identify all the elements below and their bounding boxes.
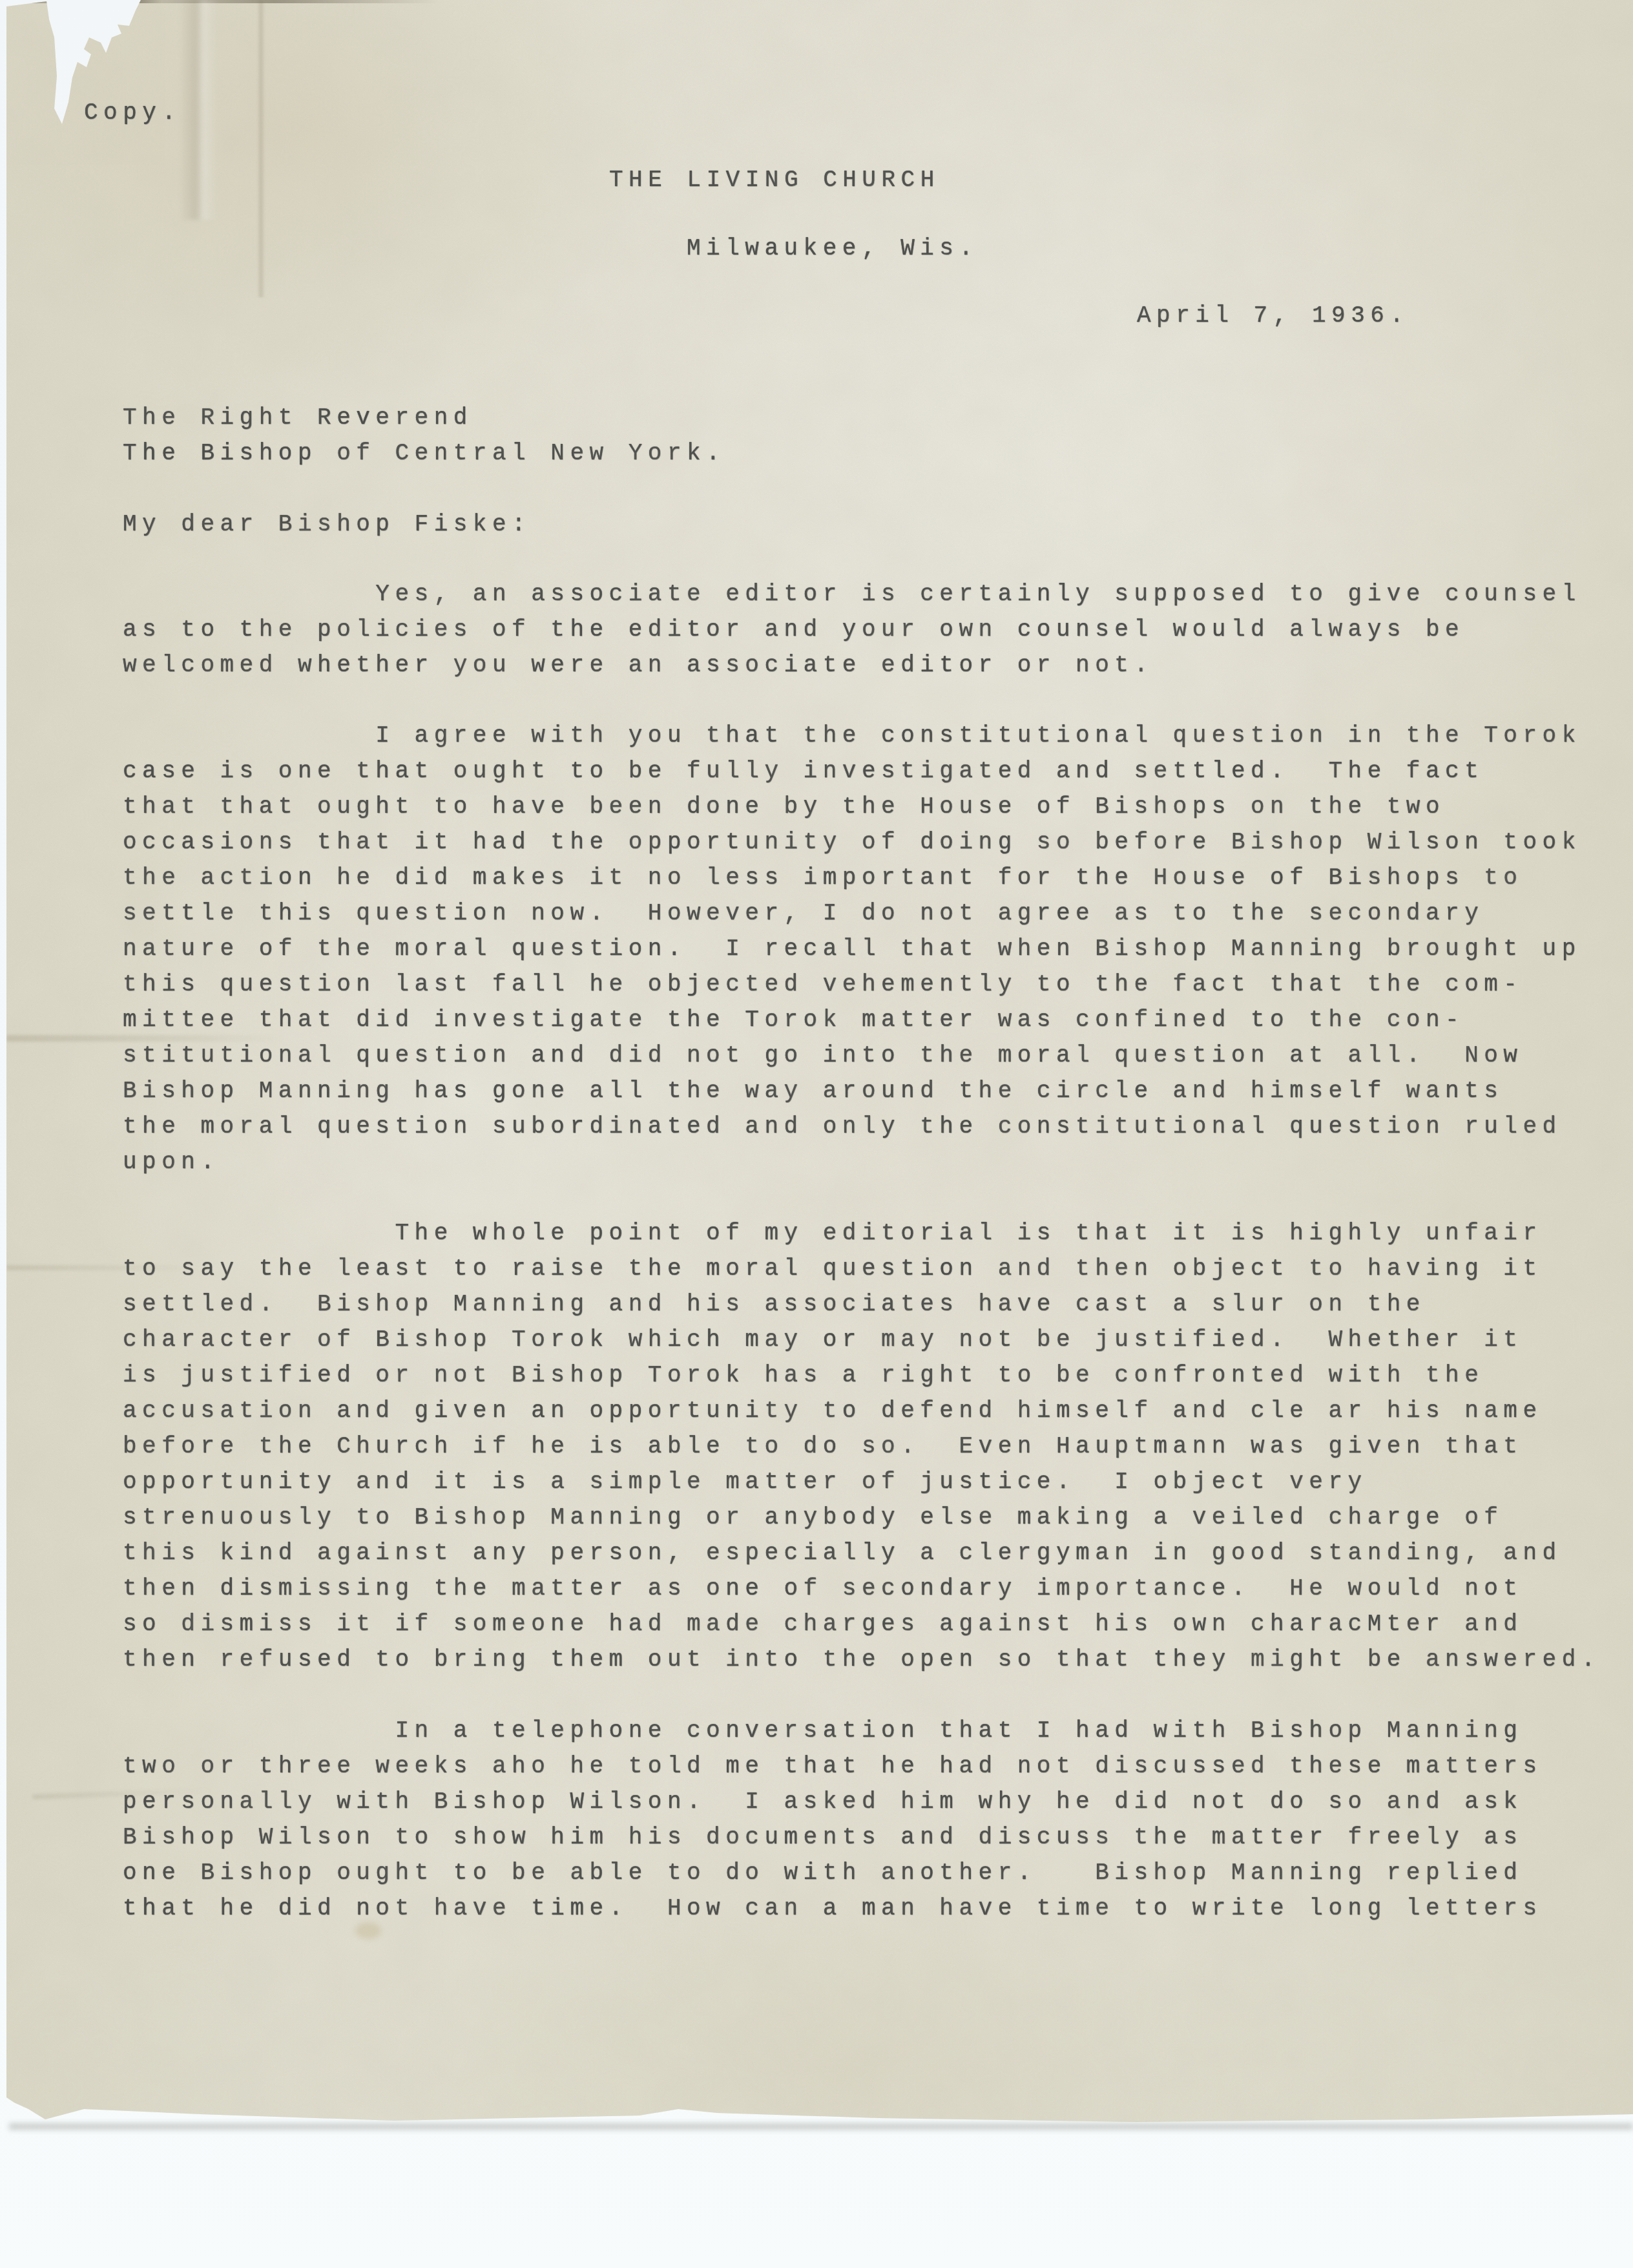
recipient-address: The Right Reverend The Bishop of Central… <box>123 400 725 471</box>
copy-label: Copy. <box>84 95 182 131</box>
letterhead-organization: THE LIVING CHURCH <box>609 162 940 198</box>
scanned-letter-page: Copy. THE LIVING CHURCH Milwaukee, Wis. … <box>0 0 1633 2268</box>
letter-paper: Copy. THE LIVING CHURCH Milwaukee, Wis. … <box>6 0 1633 2131</box>
body-paragraph: I agree with you that the constitutional… <box>123 718 1581 1180</box>
paper-crease <box>257 0 265 297</box>
paper-drop-shadow <box>9 2123 1633 2130</box>
letter-date: April 7, 1936. <box>1137 298 1409 333</box>
body-paragraph: Yes, an associate editor is certainly su… <box>123 576 1581 683</box>
salutation: My dear Bishop Fiske: <box>123 507 531 542</box>
letterhead-location: Milwaukee, Wis. <box>687 231 979 266</box>
body-paragraph: In a telephone conversation that I had w… <box>123 1713 1543 1926</box>
paper-crease <box>180 0 218 220</box>
paper-top-edge-shadow <box>6 0 438 3</box>
body-paragraph: The whole point of my editorial is that … <box>123 1215 1601 1677</box>
